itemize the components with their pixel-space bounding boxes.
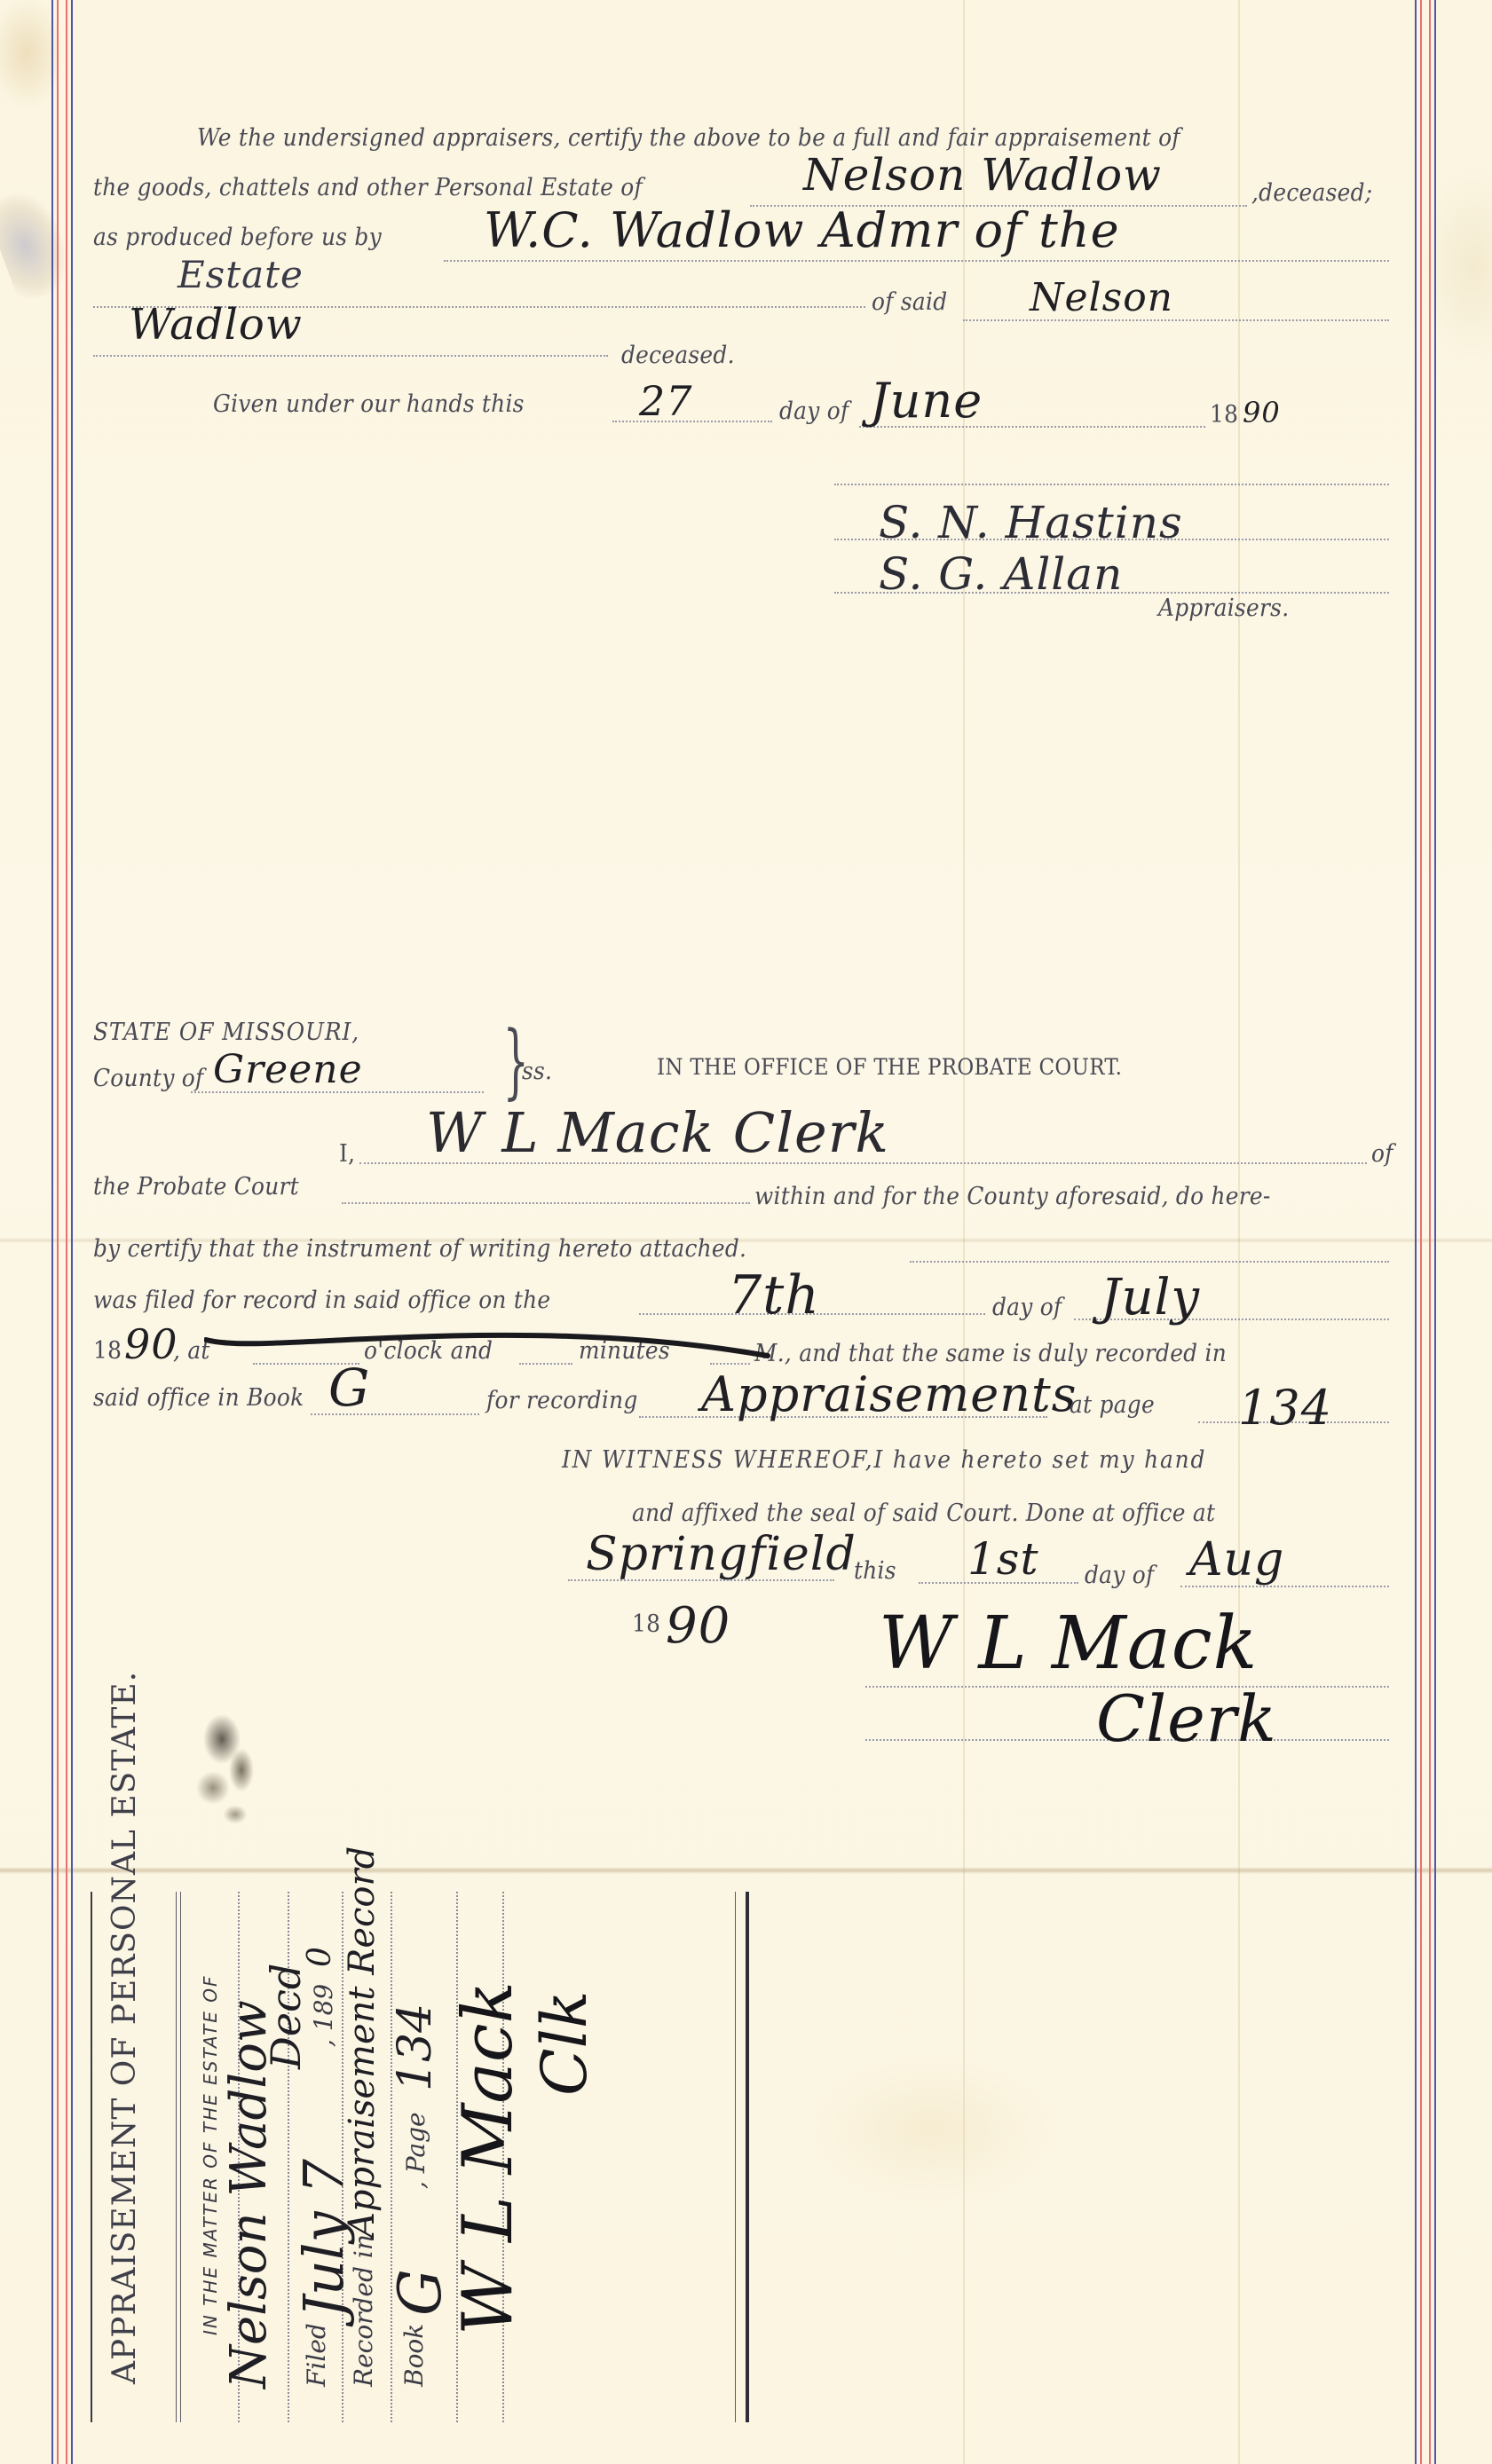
witness-this: this (854, 1557, 896, 1585)
clerk-signature-title: Clerk (1096, 1681, 1277, 1756)
line-filed-day-of: day of (992, 1294, 1062, 1321)
docket-page: 134 (389, 2003, 442, 2091)
docket-filed-year: , 189 (309, 1984, 338, 2047)
blank-line (342, 1202, 750, 1204)
docket-clerk-signature: W L Mack (448, 1981, 528, 2335)
handwritten-said-first: Nelson (1030, 275, 1173, 320)
line-book: said office in Book (93, 1384, 304, 1412)
line-for-recording: for recording (486, 1387, 638, 1414)
blank-line (568, 1579, 834, 1581)
cert-line-1: We the undersigned appraisers, certify t… (197, 124, 1180, 152)
blank-line (910, 1261, 1389, 1263)
handwritten-witness-day: 1st (967, 1533, 1039, 1585)
appraiser-signature-2: S. G. Allan (879, 548, 1123, 600)
of-suffix: of (1371, 1140, 1393, 1168)
docket-estate-suffix: Decd (262, 1964, 310, 2069)
handwritten-book: G (328, 1358, 370, 1418)
docket-recorded-label: Recorded in (349, 2234, 378, 2387)
docket-rule (91, 1892, 92, 2422)
given-prefix: Given under our hands this (213, 390, 525, 418)
handwritten-year: 90 (1243, 396, 1281, 429)
docket-filed-label: Filed (302, 2323, 331, 2387)
line-recorded: M., and that the same is duly recorded i… (754, 1340, 1227, 1367)
line-filed: was filed for record in said office on t… (93, 1287, 550, 1314)
left-border-rule (51, 0, 73, 2464)
docket-title: APPRAISEMENT OF PERSONAL ESTATE. (107, 1887, 143, 2384)
witness-line-2: and affixed the seal of said Court. Done… (632, 1500, 1215, 1527)
right-border-rule (1415, 0, 1436, 2464)
handwritten-estate: Estate (178, 253, 304, 296)
blank-line (93, 355, 608, 357)
cert-line-2-suffix: ,deceased; (1251, 179, 1372, 207)
state-label: STATE OF MISSOURI, (93, 1019, 359, 1046)
given-day-of: day of (779, 398, 849, 425)
handwritten-day: 27 (639, 377, 693, 425)
paper-crease (963, 0, 965, 2464)
docket-label: APPRAISEMENT OF PERSONAL ESTATE. IN THE … (89, 1892, 756, 2422)
docket-page-label: , Page (401, 2112, 430, 2189)
line-within: within and for the County aforesaid, do … (754, 1183, 1271, 1210)
paper-crease (1238, 0, 1240, 2464)
line-probate-court: the Probate Court (93, 1173, 299, 1201)
witness-day-of: day of (1085, 1562, 1154, 1589)
appraiser-signature-line (834, 484, 1389, 485)
witness-line-1: IN WITNESS WHEREOF,I have hereto set my … (562, 1446, 1206, 1474)
county-prefix: County of (93, 1065, 204, 1092)
clerk-signature: W L Mack (879, 1602, 1258, 1686)
handwritten-county: Greene (213, 1047, 363, 1092)
docket-rule (180, 1892, 181, 2422)
docket-rule (176, 1892, 177, 2422)
line-year-prefix: 18 (93, 1337, 122, 1365)
handwritten-place: Springfield (586, 1528, 857, 1581)
office-heading: IN THE OFFICE OF THE PROBATE COURT. (657, 1054, 1122, 1080)
handwritten-filed-month: July (1101, 1269, 1200, 1326)
i-prefix: I, (339, 1140, 355, 1168)
handwritten-said-last: Wadlow (129, 300, 303, 350)
handwritten-filed-day: 7th (728, 1264, 820, 1326)
handwritten-recording-type: Appraisements (701, 1366, 1077, 1422)
blank-line (963, 319, 1389, 321)
line-at-page: at page (1070, 1391, 1155, 1419)
docket-matter-label: IN THE MATTER OF THE ESTATE OF (200, 1974, 221, 2335)
docket-book: G (386, 2269, 454, 2316)
strike-through-stroke (204, 1329, 772, 1365)
cert-line-3-prefix: as produced before us by (93, 224, 382, 251)
ink-blot (186, 1708, 266, 1832)
docket-book-label: Book (399, 2324, 429, 2387)
fold-line (0, 1867, 1492, 1874)
line-certify: by certify that the instrument of writin… (93, 1235, 746, 1263)
handwritten-produced-by: W.C. Wadlow Admr of the (484, 202, 1120, 258)
docket-rule (746, 1892, 749, 2422)
cert-of-said: of said (872, 288, 947, 316)
docket-dotted-rule (391, 1892, 392, 2422)
docket-filed-year-digit: 0 (302, 1947, 338, 1967)
blank-line (444, 260, 1389, 262)
handwritten-page: 134 (1238, 1380, 1332, 1436)
given-year-prefix: 18 (1210, 401, 1238, 429)
docket-recorded-in: Appraisement Record (342, 1846, 383, 2238)
witness-year-prefix: 18 (632, 1610, 660, 1638)
handwritten-witness-year: 90 (666, 1597, 730, 1655)
handwritten-clerk-name: W L Mack Clerk (426, 1100, 889, 1165)
docket-rule (735, 1892, 736, 2422)
handwritten-year: 90 (124, 1320, 178, 1368)
appraisers-label: Appraisers. (1158, 594, 1289, 622)
cert-line-2-prefix: the goods, chattels and other Personal E… (93, 174, 643, 201)
handwritten-month: June (870, 373, 983, 429)
handwritten-deceased-name: Nelson Wadlow (803, 149, 1162, 201)
appraiser-signature-1: S. N. Hastins (879, 497, 1183, 548)
handwritten-witness-month: Aug (1189, 1533, 1284, 1586)
cert-deceased: deceased. (621, 342, 735, 369)
docket-clerk-title: Clk (528, 1991, 601, 2096)
ss-label: ss. (522, 1058, 552, 1085)
